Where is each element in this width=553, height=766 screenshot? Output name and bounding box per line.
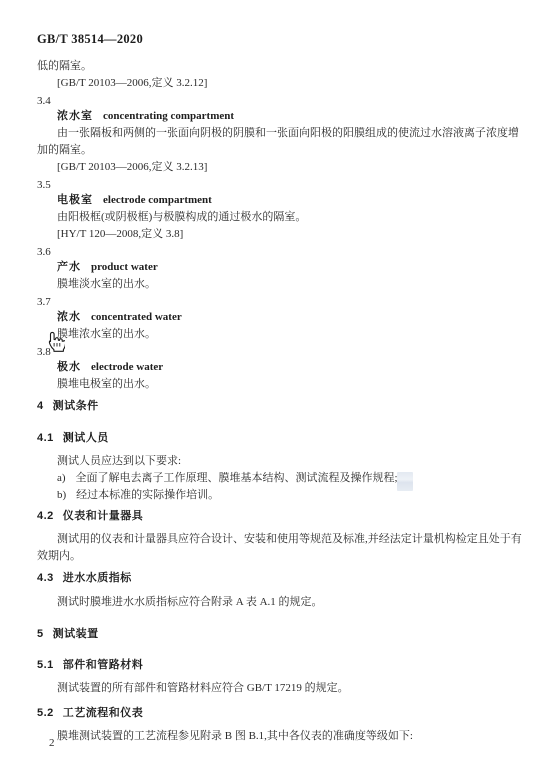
term-line: 电极室 electrode compartment	[37, 192, 517, 209]
definition-source: [GB/T 20103—2006,定义 3.2.13]	[37, 159, 517, 176]
definition-continuation: 低的隔室。	[37, 58, 517, 75]
term-number: 3.8	[37, 345, 517, 359]
list-item-label: b)	[57, 487, 66, 504]
definition-source: [GB/T 20103—2006,定义 3.2.12]	[37, 75, 517, 92]
term-number: 3.5	[37, 178, 517, 192]
term-line: 浓水 concentrated water	[37, 309, 517, 326]
subclause-heading: 4.1 测试人员	[37, 430, 517, 447]
term-zh: 浓水室	[57, 108, 93, 125]
term-definition: 加的隔室。	[37, 142, 517, 159]
term-line: 产水 product water	[37, 259, 517, 276]
page-number: 2	[49, 737, 55, 749]
clause-title: 仪表和计量器具	[63, 508, 144, 525]
paragraph: 测试装置的所有部件和管路材料应符合 GB/T 17219 的规定。	[37, 680, 517, 697]
clause-title: 进水水质指标	[63, 570, 132, 587]
clause-title: 测试人员	[63, 430, 109, 447]
definition-source: [HY/T 120—2008,定义 3.8]	[37, 226, 517, 243]
paragraph: 效期内。	[37, 548, 517, 565]
paragraph: 测试人员应达到以下要求:	[37, 453, 517, 470]
term-en: concentrating compartment	[103, 108, 234, 125]
list-item-label: a)	[57, 470, 66, 487]
clause-number: 5	[37, 626, 44, 643]
term-line: 浓水室 concentrating compartment	[37, 108, 517, 125]
term-en: product water	[91, 259, 158, 276]
page-content: GB/T 38514—2020 低的隔室。 [GB/T 20103—2006,定…	[0, 0, 553, 745]
term-definition: 由阳极框(或阴极框)与极膜构成的通过极水的隔室。	[37, 209, 517, 226]
clause-title: 工艺流程和仪表	[63, 705, 144, 722]
list-item: a) 全面了解电去离子工作原理、膜堆基本结构、测试流程及操作规程;	[37, 470, 517, 487]
clause-title: 部件和管路材料	[63, 657, 144, 674]
term-line: 极水 electrode water	[37, 359, 517, 376]
clause-number: 5.1	[37, 657, 54, 674]
paragraph: 膜堆测试装置的工艺流程参见附录 B 图 B.1,其中各仪表的准确度等级如下:	[37, 728, 517, 745]
term-zh: 产水	[57, 259, 81, 276]
clause-number: 4.3	[37, 570, 54, 587]
cursor-pointer-icon	[45, 331, 65, 358]
term-zh: 极水	[57, 359, 81, 376]
paragraph: 测试用的仪表和计量器具应符合设计、安装和使用等规范及标准,并经法定计量机构检定且…	[37, 531, 517, 548]
subclause-heading: 4.3 进水水质指标	[37, 570, 517, 587]
term-number: 3.7	[37, 295, 517, 309]
clause-title: 测试条件	[53, 398, 99, 415]
term-definition: 由一张隔板和两侧的一张面向阴极的阴膜和一张面向阳极的阳膜组成的使流过水溶液离子浓…	[37, 125, 517, 142]
term-zh: 电极室	[57, 192, 93, 209]
term-en: electrode compartment	[103, 192, 212, 209]
term-definition: 膜堆电极室的出水。	[37, 376, 517, 393]
clause-heading: 5 测试装置	[37, 626, 517, 643]
watermark-artifact	[397, 472, 413, 491]
clause-number: 4.1	[37, 430, 54, 447]
standard-number-header: GB/T 38514—2020	[37, 32, 517, 46]
subclause-heading: 5.2 工艺流程和仪表	[37, 705, 517, 722]
term-zh: 浓水	[57, 309, 81, 326]
term-definition: 膜堆浓水室的出水。	[37, 326, 517, 343]
clause-number: 4	[37, 398, 44, 415]
clause-title: 测试装置	[53, 626, 99, 643]
list-item-text: 全面了解电去离子工作原理、膜堆基本结构、测试流程及操作规程;	[76, 470, 398, 487]
clause-number: 5.2	[37, 705, 54, 722]
paragraph: 测试时膜堆进水水质指标应符合附录 A 表 A.1 的规定。	[37, 594, 517, 611]
list-item-text: 经过本标准的实际操作培训。	[76, 487, 219, 504]
document-page: GB/T 38514—2020 低的隔室。 [GB/T 20103—2006,定…	[0, 0, 553, 766]
term-number: 3.6	[37, 245, 517, 259]
subclause-heading: 4.2 仪表和计量器具	[37, 508, 517, 525]
clause-heading: 4 测试条件	[37, 398, 517, 415]
term-definition: 膜堆淡水室的出水。	[37, 276, 517, 293]
term-number: 3.4	[37, 94, 517, 108]
term-en: concentrated water	[91, 309, 182, 326]
list-item: b) 经过本标准的实际操作培训。	[37, 487, 517, 504]
term-en: electrode water	[91, 359, 163, 376]
subclause-heading: 5.1 部件和管路材料	[37, 657, 517, 674]
clause-number: 4.2	[37, 508, 54, 525]
